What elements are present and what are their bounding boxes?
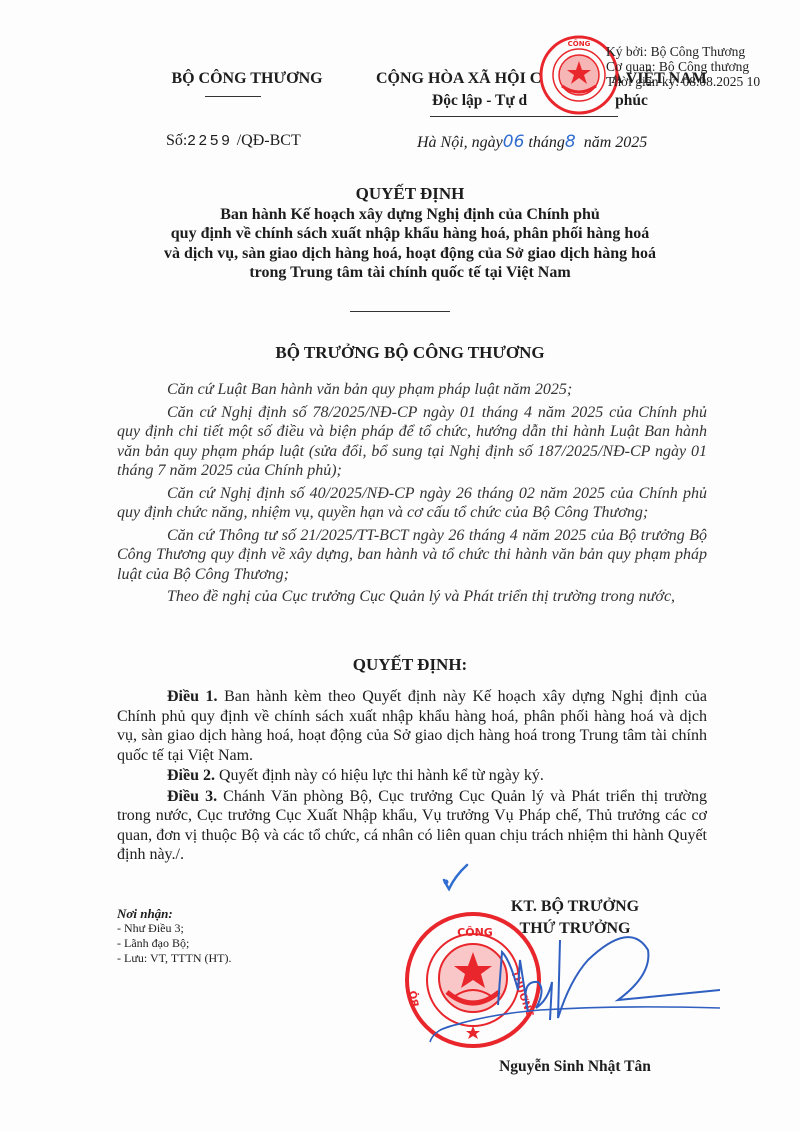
legal-basis-item: Căn cứ Thông tư số 21/2025/TT-BCT ngày 2… <box>117 526 707 585</box>
title-line: trong Trung tâm tài chính quốc tế tại Vi… <box>110 263 710 283</box>
national-title-start: CỘNG HÒA XÃ HỘI C <box>376 70 541 87</box>
recipient-item: - Như Điều 3; <box>117 921 231 936</box>
title-line: và dịch vụ, sàn giao dịch hàng hoá, hoạt… <box>110 244 710 264</box>
title-underline <box>350 311 450 312</box>
article-1: Điều 1. Ban hành kèm theo Quyết định này… <box>117 687 707 765</box>
article-label: Điều 1. <box>167 688 218 705</box>
recipient-item: - Lãnh đạo Bộ; <box>117 936 231 951</box>
title-line: quy định về chính sách xuất nhập khẩu hà… <box>110 224 710 244</box>
signer-name: Nguyễn Sinh Nhật Tân <box>470 1058 680 1076</box>
signing-agency: Cơ quan: Bộ Công thương <box>606 59 760 74</box>
checkmark-icon <box>440 862 470 892</box>
document-title: QUYẾT ĐỊNH Ban hành Kế hoạch xây dựng Ng… <box>110 184 710 283</box>
digital-signature-info: Ký bởi: Bộ Công Thương Cơ quan: Bộ Công … <box>606 44 760 89</box>
day-handwritten: 06 <box>503 132 525 152</box>
article-2: Điều 2. Quyết định này có hiệu lực thi h… <box>117 766 707 786</box>
article-label: Điều 2. <box>167 767 215 784</box>
motto-start: Độc lập - Tự d <box>432 92 527 109</box>
legal-basis: Căn cứ Luật Ban hành văn bản quy phạm ph… <box>117 380 707 610</box>
handwritten-signature <box>420 920 720 1050</box>
document-number: Số:2259 /QĐ-BCT <box>166 132 301 150</box>
title-heading: QUYẾT ĐỊNH <box>110 184 710 204</box>
agency-underline <box>205 96 261 97</box>
motto-underline <box>430 116 618 117</box>
issuing-agency: BỘ CÔNG THƯƠNG <box>152 70 342 88</box>
year-label: năm 2025 <box>584 134 648 151</box>
issuing-authority: BỘ TRƯỞNG BỘ CÔNG THƯƠNG <box>100 343 720 363</box>
legal-basis-item: Căn cứ Nghị định số 40/2025/NĐ-CP ngày 2… <box>117 484 707 523</box>
signing-time: Thời gian ký: 08.08.2025 10 <box>606 74 760 89</box>
place-date: Hà Nội, ngày06 tháng8 năm 2025 <box>417 132 647 152</box>
article-3: Điều 3. Chánh Văn phòng Bộ, Cục trưởng C… <box>117 787 707 865</box>
recipients-heading: Nơi nhận: <box>117 906 231 921</box>
legal-basis-item: Theo đề nghị của Cục trưởng Cục Quản lý … <box>117 587 707 607</box>
number-value: 2259 <box>187 132 232 149</box>
month-handwritten: 8 <box>565 132 576 152</box>
article-text: Quyết định này có hiệu lực thi hành kể t… <box>215 767 544 784</box>
title-line: Ban hành Kế hoạch xây dựng Nghị định của… <box>110 205 710 225</box>
month-label: tháng <box>528 134 564 151</box>
recipients: Nơi nhận: - Như Điều 3; - Lãnh đạo Bộ; -… <box>117 906 231 966</box>
number-suffix: /QĐ-BCT <box>237 132 301 149</box>
articles: Điều 1. Ban hành kèm theo Quyết định này… <box>117 687 707 866</box>
recipient-item: - Lưu: VT, TTTN (HT). <box>117 951 231 966</box>
legal-basis-item: Căn cứ Nghị định số 78/2025/NĐ-CP ngày 0… <box>117 403 707 481</box>
article-label: Điều 3. <box>167 788 217 805</box>
svg-text:CÔNG: CÔNG <box>568 39 591 48</box>
number-prefix: Số: <box>166 132 187 149</box>
legal-basis-item: Căn cứ Luật Ban hành văn bản quy phạm ph… <box>117 380 707 400</box>
decision-heading: QUYẾT ĐỊNH: <box>100 655 720 675</box>
motto-end: phúc <box>615 92 648 109</box>
signed-by: Ký bởi: Bộ Công Thương <box>606 44 760 59</box>
place-label: Hà Nội, ngày <box>417 134 503 151</box>
